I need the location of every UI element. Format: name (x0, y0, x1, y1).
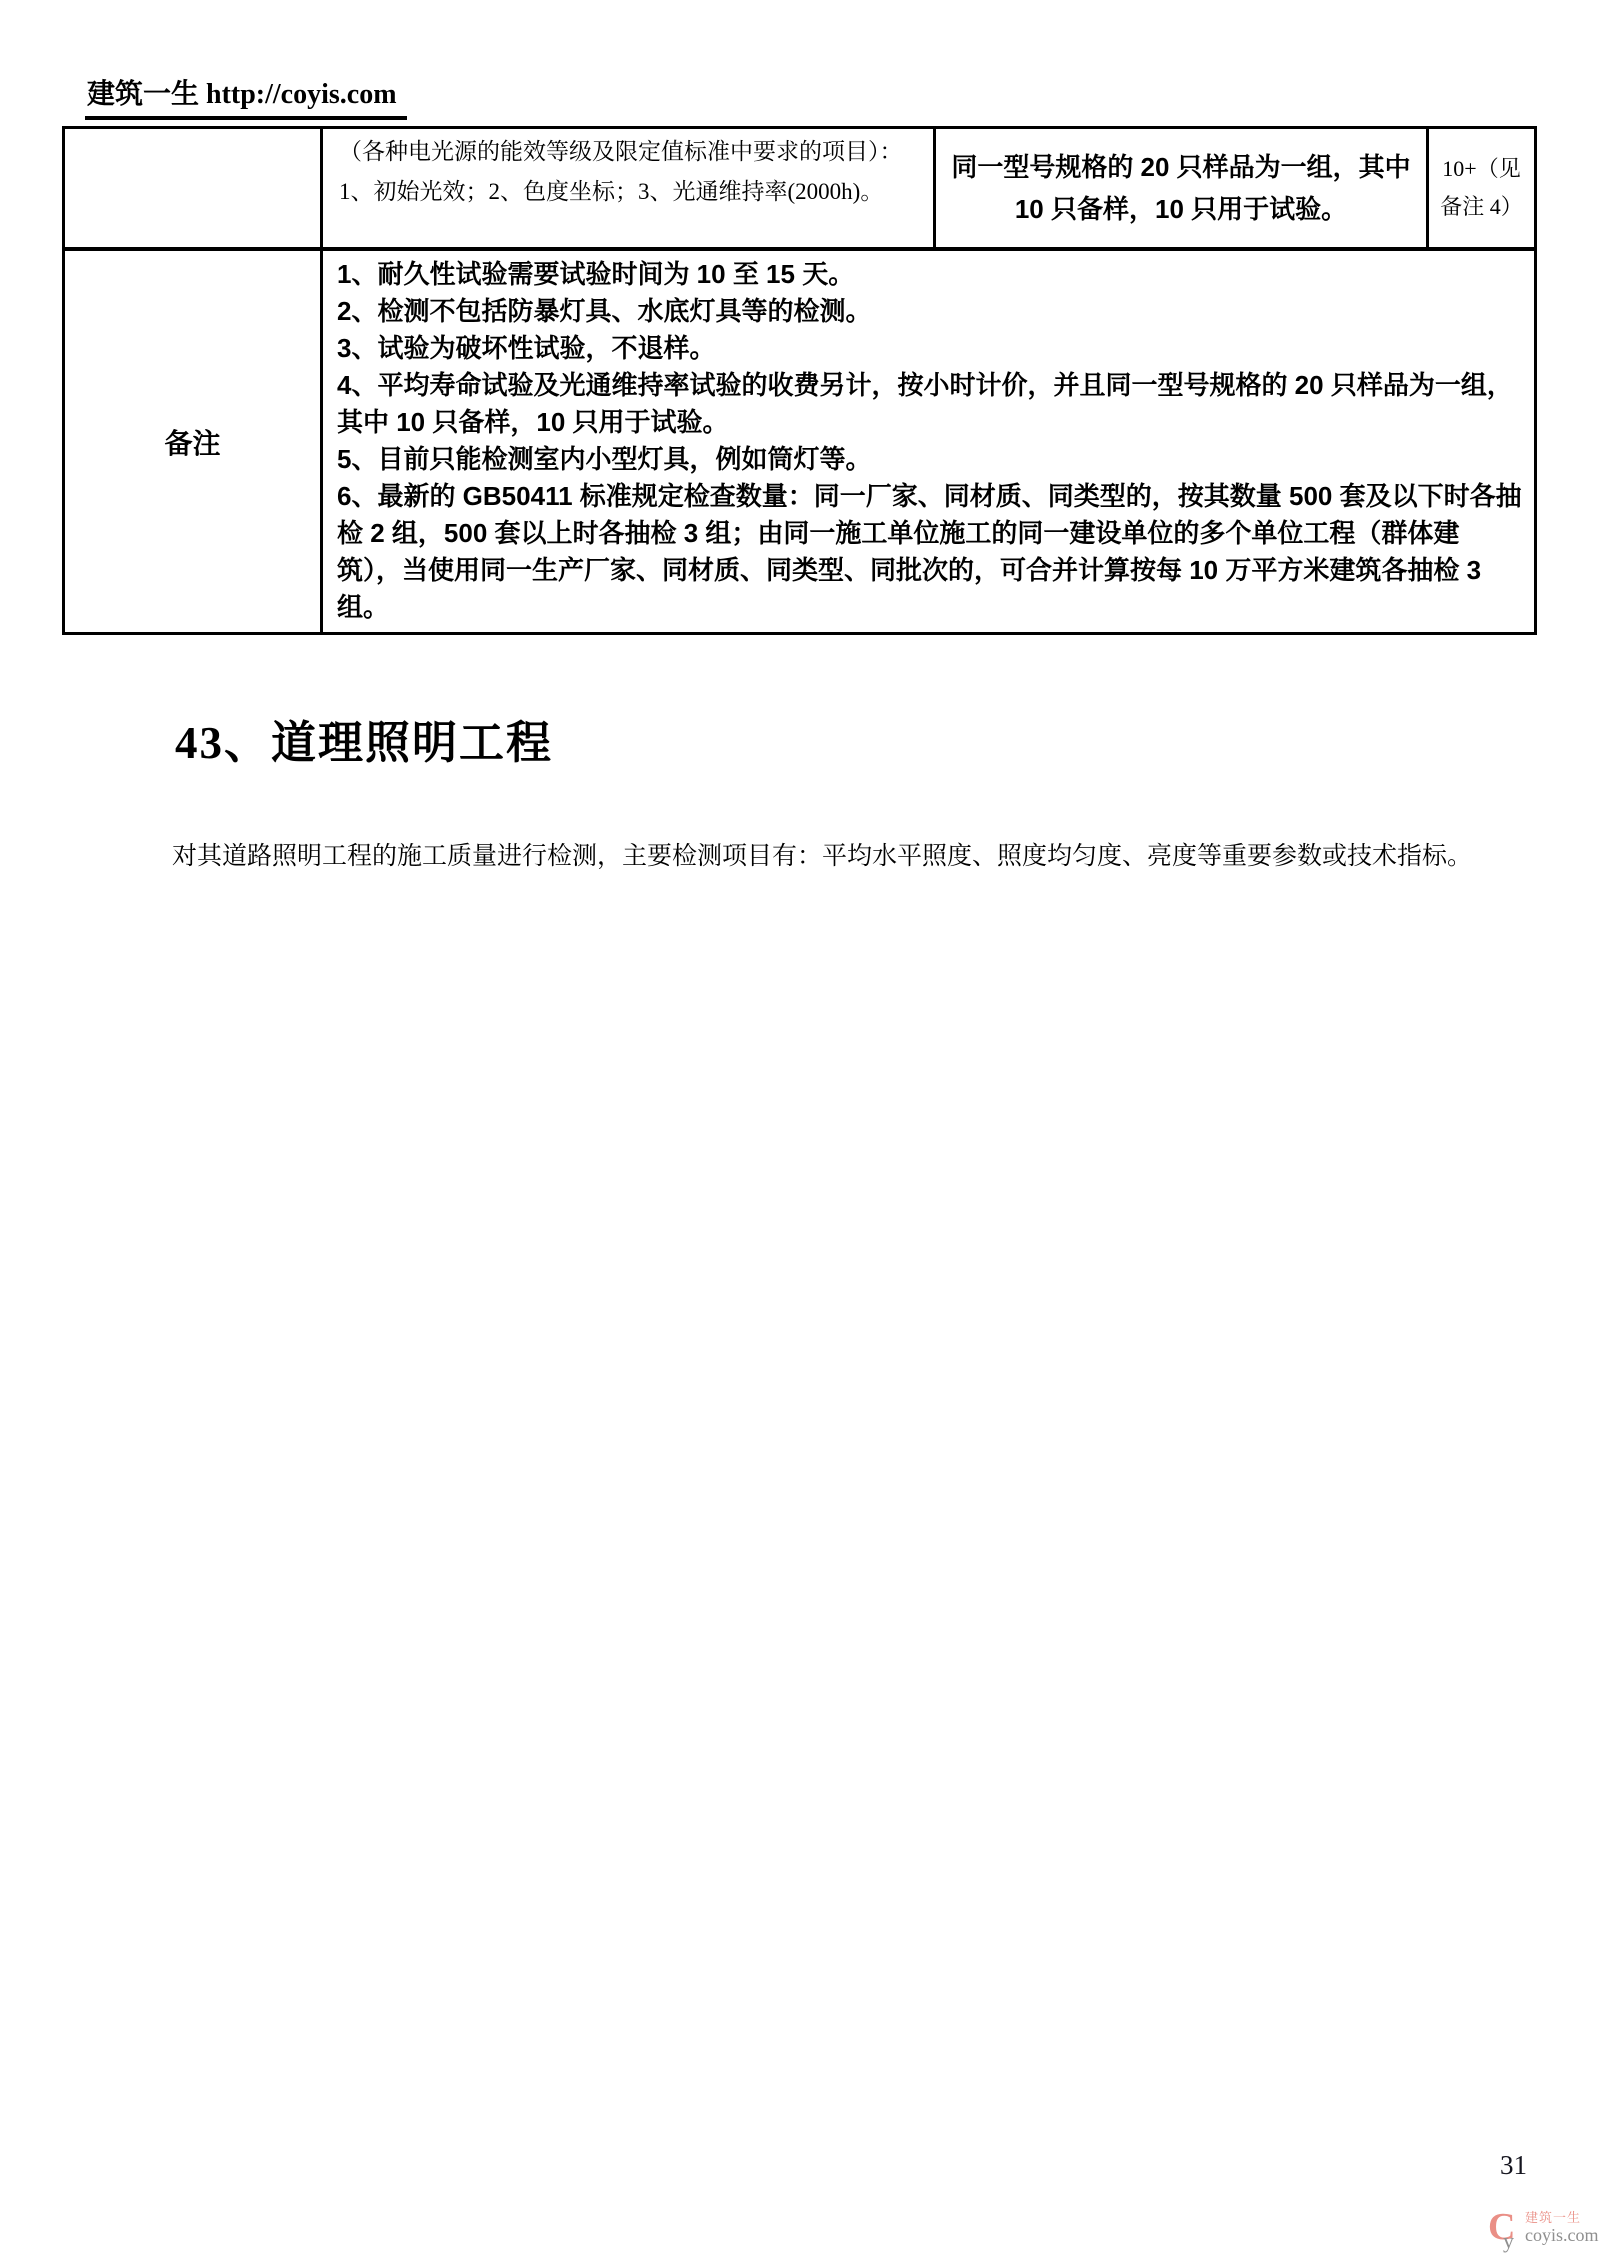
cell-cycle-line2: 备注 4） (1440, 188, 1523, 226)
logo-site-name: 建筑一生 (1525, 2210, 1599, 2225)
page-number: 31 (1500, 2150, 1527, 2181)
logo-text: 建筑一生 coyis.com (1525, 2208, 1599, 2245)
cell-cycle-line1: 10+（见 (1442, 150, 1520, 188)
remarks-label: 备注 (65, 251, 323, 632)
table-row-continuation: （各种电光源的能效等级及限定值标准中要求的项目）：1、初始光效；2、色度坐标；3… (65, 129, 1534, 251)
site-header: 建筑一生 http://coyis.com (85, 72, 407, 120)
section-heading: 43、道理照明工程 (175, 706, 553, 771)
section-paragraph: 对其道路照明工程的施工质量进行检测，主要检测项目有：平均水平照度、照度均匀度、亮… (172, 833, 1534, 880)
remark-item-4: 4、平均寿命试验及光通维持率试验的收费另计，按小时计价，并且同一型号规格的 20… (337, 367, 1524, 441)
logo-site-domain: coyis.com (1525, 2225, 1599, 2245)
cell-cycle: 10+（见 备注 4） (1429, 129, 1534, 247)
remarks-content: 1、耐久性试验需要试验时间为 10 至 15 天。 2、检测不包括防暴灯具、水底… (323, 251, 1534, 632)
cell-sample-text: 同一型号规格的 20 只样品为一组，其中 10 只备样，10 只用于试验。 (936, 129, 1429, 247)
remark-item-1: 1、耐久性试验需要试验时间为 10 至 15 天。 (337, 256, 1524, 293)
remark-item-5: 5、目前只能检测室内小型灯具，例如筒灯等。 (337, 441, 1524, 478)
site-logo: C y 建筑一生 coyis.com (1488, 2208, 1599, 2256)
table-row-remarks: 备注 1、耐久性试验需要试验时间为 10 至 15 天。 2、检测不包括防暴灯具… (65, 251, 1534, 632)
logo-letter-y: y (1503, 2228, 1514, 2254)
remark-item-2: 2、检测不包括防暴灯具、水底灯具等的检测。 (337, 293, 1524, 330)
cell-spec-text: （各种电光源的能效等级及限定值标准中要求的项目）：1、初始光效；2、色度坐标；3… (323, 129, 936, 247)
logo-mark-icon: C y (1488, 2208, 1522, 2256)
remark-item-6: 6、最新的 GB50411 标准规定检查数量：同一厂家、同材质、同类型的，按其数… (337, 478, 1524, 626)
inspection-table: （各种电光源的能效等级及限定值标准中要求的项目）：1、初始光效；2、色度坐标；3… (62, 126, 1537, 635)
remark-item-3: 3、试验为破坏性试验，不退样。 (337, 330, 1524, 367)
cell-empty (65, 129, 323, 247)
